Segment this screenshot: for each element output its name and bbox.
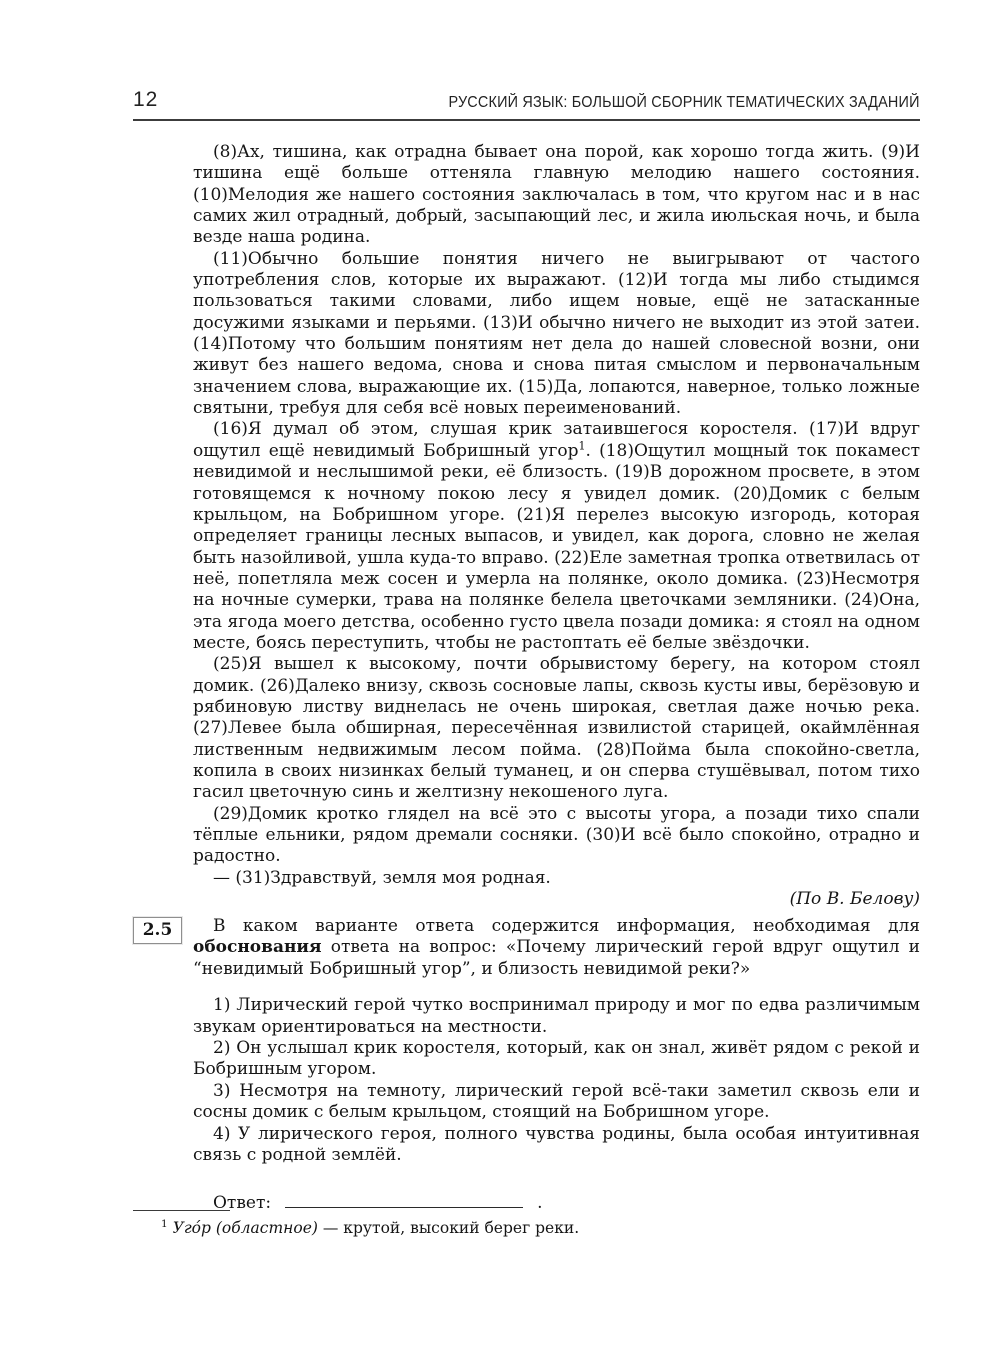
footnote-definition: — крутой, высокий берег реки. [318,1219,579,1237]
passage-paragraph-2: (11)Обычно большие понятия ничего не выи… [193,249,920,420]
question-text-bold-word: обоснования [193,937,322,957]
question-text: В каком варианте ответа содержится инфор… [193,916,920,980]
passage-paragraph-1: (8)Ах, тишина, как отрадна бывает она по… [193,142,920,249]
footnote: 1 Уго́р (областное) — крутой, высокий бе… [133,1210,920,1238]
passage-paragraph-3-text-end: . (18)Ощутил мощный ток покамест невидим… [193,441,920,653]
passage-paragraph-5: (29)Домик кротко глядел на всё это с выс… [193,804,920,868]
book-page: 12 РУССКИЙ ЯЗЫК: БОЛЬШОЙ СБОРНИК ТЕМАТИЧ… [0,0,1000,1349]
passage-paragraph-4: (25)Я вышел к высокому, почти обрывистом… [193,654,920,803]
question-number-box: 2.5 [133,917,182,944]
running-title: РУССКИЙ ЯЗЫК: БОЛЬШОЙ СБОРНИК ТЕМАТИЧЕСК… [449,94,920,112]
answer-option-1: 1) Лирический герой чутко воспринимал пр… [193,995,920,1038]
passage-paragraph-3: (16)Я думал об этом, слушая крик затаивш… [193,419,920,654]
page-header: 12 РУССКИЙ ЯЗЫК: БОЛЬШОЙ СБОРНИК ТЕМАТИЧ… [133,88,920,121]
question-text-start: В каком варианте ответа содержится инфор… [213,916,920,936]
question-section: 2.5 В каком варианте ответа содержится и… [193,916,920,1215]
footnote-marker: 1 [161,1218,168,1230]
footnote-text: 1 Уго́р (областное) — крутой, высокий бе… [133,1218,920,1238]
passage-attribution: (По В. Белову) [193,889,920,910]
answer-options: 1) Лирический герой чутко воспринимал пр… [193,995,920,1166]
answer-blank-line [285,1193,523,1208]
answer-option-4: 4) У лирического героя, полного чувства … [193,1124,920,1167]
reading-passage: (8)Ах, тишина, как отрадна бывает она по… [193,142,920,910]
footnote-term: Уго́р (областное) [173,1219,318,1237]
footnote-separator [133,1210,230,1211]
footnote-reference-marker: 1 [579,439,586,452]
page-number: 12 [133,88,158,112]
answer-option-3: 3) Несмотря на темноту, лирический герой… [193,1081,920,1124]
passage-dialog-line: — (31)Здравствуй, земля моя родная. [193,868,920,889]
answer-option-2: 2) Он услышал крик коростеля, который, к… [193,1038,920,1081]
